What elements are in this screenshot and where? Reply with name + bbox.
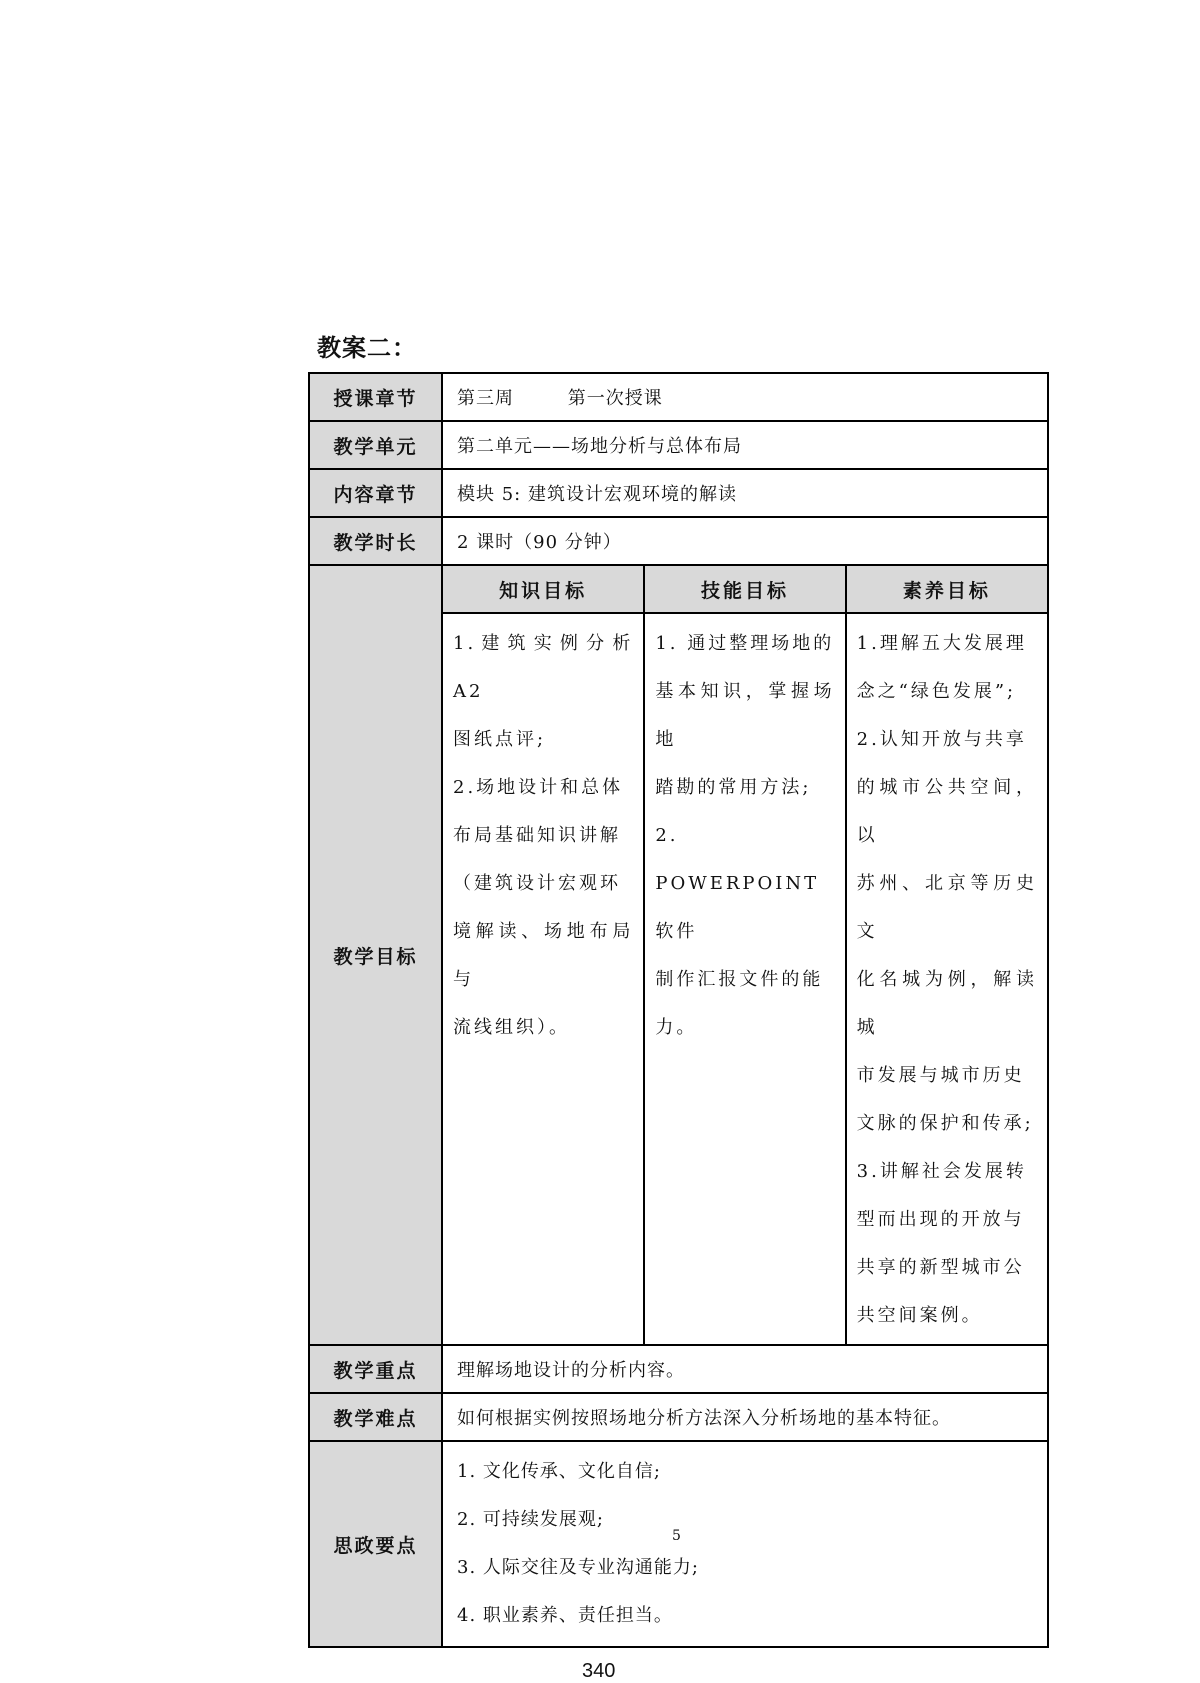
text-line: 踏勘的常用方法;	[655, 764, 834, 812]
value-ideology: 1. 文化传承、文化自信; 2. 可持续发展观; 3. 人际交往及专业沟通能力;…	[442, 1441, 1048, 1647]
row-key-point: 教学重点 理解场地设计的分析内容。	[309, 1345, 1048, 1393]
document-title: 教案二：	[317, 328, 417, 363]
text-line: 基本知识，掌握场地	[655, 668, 834, 764]
text-line: 3.讲解社会发展转	[857, 1148, 1037, 1196]
value-chapter: 第三周 第一次授课	[442, 373, 1048, 421]
value-difficulty: 如何根据实例按照场地分析方法深入分析场地的基本特征。	[442, 1393, 1048, 1441]
header-literacy: 素养目标	[846, 566, 1047, 613]
value-unit: 第二单元——场地分析与总体布局	[442, 421, 1048, 469]
label-duration: 教学时长	[309, 517, 442, 565]
page-number: 5	[672, 1528, 681, 1544]
text-line: （建筑设计宏观环	[453, 860, 633, 908]
text-line: 2. POWERPOINT 软件	[655, 812, 834, 956]
text-line: 共空间案例。	[857, 1292, 1037, 1340]
text-line: 力。	[655, 1004, 834, 1052]
label-key-point: 教学重点	[309, 1345, 442, 1393]
row-content: 内容章节 模块 5: 建筑设计宏观环境的解读	[309, 469, 1048, 517]
text-line: 文脉的保护和传承;	[857, 1100, 1037, 1148]
text-line: 2.场地设计和总体	[453, 764, 633, 812]
text-line: 共享的新型城市公	[857, 1244, 1037, 1292]
header-knowledge: 知识目标	[443, 566, 644, 613]
label-objectives: 教学目标	[309, 565, 442, 1345]
row-duration: 教学时长 2 课时（90 分钟）	[309, 517, 1048, 565]
label-difficulty: 教学难点	[309, 1393, 442, 1441]
header-skill: 技能目标	[644, 566, 845, 613]
lesson-plan-table: 授课章节 第三周 第一次授课 教学单元 第二单元——场地分析与总体布局 内容章节…	[308, 372, 1049, 1648]
objectives-table: 知识目标 技能目标 素养目标 1.建筑实例分析 A2 图纸点评; 2.场地设计和…	[443, 566, 1047, 1344]
text-line: 制作汇报文件的能	[655, 956, 834, 1004]
text-line: 1.理解五大发展理	[857, 620, 1037, 668]
objectives-container: 知识目标 技能目标 素养目标 1.建筑实例分析 A2 图纸点评; 2.场地设计和…	[442, 565, 1048, 1345]
skill-objectives: 1. 通过整理场地的 基本知识，掌握场地 踏勘的常用方法; 2. POWERPO…	[644, 613, 845, 1344]
text-line: 1.建筑实例分析 A2	[453, 620, 633, 716]
knowledge-objectives: 1.建筑实例分析 A2 图纸点评; 2.场地设计和总体 布局基础知识讲解 （建筑…	[443, 613, 644, 1344]
value-content: 模块 5: 建筑设计宏观环境的解读	[442, 469, 1048, 517]
text-line: 1. 通过整理场地的	[655, 620, 834, 668]
row-chapter: 授课章节 第三周 第一次授课	[309, 373, 1048, 421]
text-line: 的城市公共空间，以	[857, 764, 1037, 860]
text-line: 图纸点评;	[453, 716, 633, 764]
text-line: 念之“绿色发展”;	[857, 668, 1037, 716]
ideology-item: 4. 职业素养、责任担当。	[457, 1592, 1047, 1640]
label-content: 内容章节	[309, 469, 442, 517]
text-line: 市发展与城市历史	[857, 1052, 1037, 1100]
text-line: 型而出现的开放与	[857, 1196, 1037, 1244]
label-unit: 教学单元	[309, 421, 442, 469]
footer-page-number: 340	[582, 1660, 615, 1683]
ideology-item: 3. 人际交往及专业沟通能力;	[457, 1544, 1047, 1592]
row-difficulty: 教学难点 如何根据实例按照场地分析方法深入分析场地的基本特征。	[309, 1393, 1048, 1441]
text-line: 化名城为例，解读城	[857, 956, 1037, 1052]
label-chapter: 授课章节	[309, 373, 442, 421]
text-line: 2.认知开放与共享	[857, 716, 1037, 764]
row-ideology: 思政要点 1. 文化传承、文化自信; 2. 可持续发展观; 3. 人际交往及专业…	[309, 1441, 1048, 1647]
value-duration: 2 课时（90 分钟）	[442, 517, 1048, 565]
row-unit: 教学单元 第二单元——场地分析与总体布局	[309, 421, 1048, 469]
value-key-point: 理解场地设计的分析内容。	[442, 1345, 1048, 1393]
text-line: 布局基础知识讲解	[453, 812, 633, 860]
literacy-objectives: 1.理解五大发展理 念之“绿色发展”; 2.认知开放与共享 的城市公共空间，以 …	[846, 613, 1047, 1344]
row-objectives: 教学目标 知识目标 技能目标 素养目标 1.建筑实例分析 A2 图纸点评; 2.…	[309, 565, 1048, 1345]
text-line: 境解读、场地布局与	[453, 908, 633, 1004]
label-ideology: 思政要点	[309, 1441, 442, 1647]
ideology-item: 1. 文化传承、文化自信;	[457, 1448, 1047, 1496]
text-line: 流线组织）。	[453, 1004, 633, 1052]
ideology-item: 2. 可持续发展观;	[457, 1496, 1047, 1544]
text-line: 苏州、北京等历史文	[857, 860, 1037, 956]
